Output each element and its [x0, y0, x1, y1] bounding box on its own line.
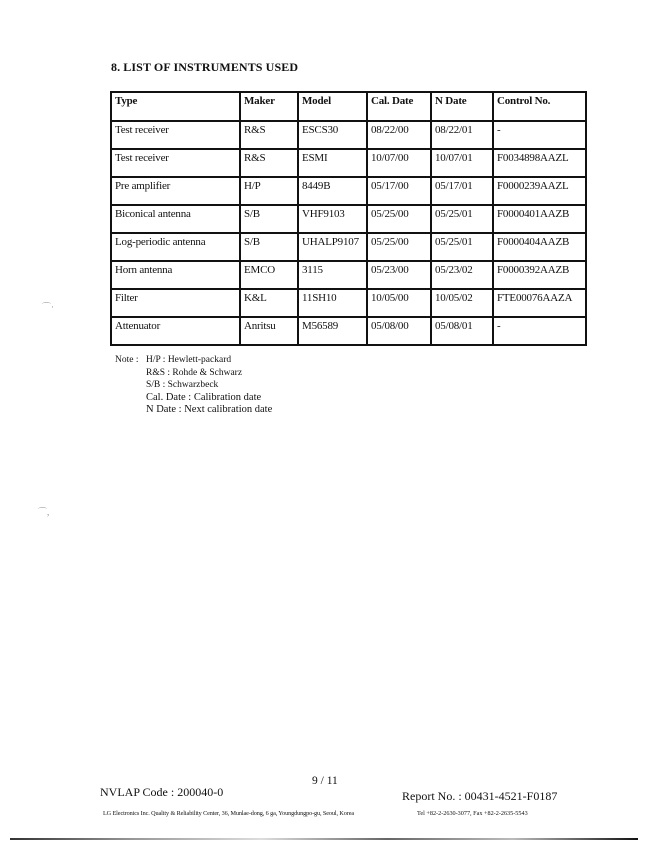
- cell-type: Log-periodic antenna: [111, 233, 240, 261]
- cell-model: ESMI: [298, 149, 367, 177]
- table-row: AttenuatorAnritsuM5658905/08/0005/08/01-: [111, 317, 586, 345]
- cell-type: Attenuator: [111, 317, 240, 345]
- cell-n-date: 10/07/01: [431, 149, 493, 177]
- cell-control-no: FTE00076AAZA: [493, 289, 586, 317]
- cell-model: 3115: [298, 261, 367, 289]
- cell-maker: Anritsu: [240, 317, 298, 345]
- cell-control-no: F0000404AAZB: [493, 233, 586, 261]
- table-body: Test receiverR&SESCS3008/22/0008/22/01-T…: [111, 121, 586, 345]
- cell-n-date: 05/23/02: [431, 261, 493, 289]
- note-item: N Date : Next calibration date: [146, 404, 272, 417]
- header-type: Type: [111, 92, 240, 121]
- cell-n-date: 10/05/02: [431, 289, 493, 317]
- header-cal-date: Cal. Date: [367, 92, 431, 121]
- cell-cal-date: 10/07/00: [367, 149, 431, 177]
- nvlap-code: NVLAP Code : 200040-0: [100, 785, 223, 800]
- cell-cal-date: 08/22/00: [367, 121, 431, 149]
- cell-type: Test receiver: [111, 149, 240, 177]
- cell-n-date: 05/17/01: [431, 177, 493, 205]
- cell-n-date: 08/22/01: [431, 121, 493, 149]
- cell-n-date: 05/25/01: [431, 233, 493, 261]
- report-number: Report No. : 00431-4521-F0187: [402, 789, 557, 804]
- header-control-no: Control No.: [493, 92, 586, 121]
- cell-maker: R&S: [240, 149, 298, 177]
- cell-control-no: -: [493, 317, 586, 345]
- table-row: Test receiverR&SESCS3008/22/0008/22/01-: [111, 121, 586, 149]
- cell-cal-date: 05/17/00: [367, 177, 431, 205]
- section-heading: 8. LIST OF INSTRUMENTS USED: [111, 60, 298, 75]
- cell-type: Filter: [111, 289, 240, 317]
- scan-artifact-mark: ⌒·: [42, 300, 54, 313]
- footer-contact: Tel +82-2-2630-3077, Fax +82-2-2635-5543: [417, 810, 528, 817]
- cell-control-no: F0034898AAZL: [493, 149, 586, 177]
- cell-cal-date: 05/25/00: [367, 233, 431, 261]
- cell-model: 8449B: [298, 177, 367, 205]
- cell-control-no: -: [493, 121, 586, 149]
- notes-label: Note :: [115, 354, 146, 367]
- header-maker: Maker: [240, 92, 298, 121]
- note-item: Cal. Date : Calibration date: [146, 392, 261, 405]
- cell-maker: K&L: [240, 289, 298, 317]
- cell-maker: EMCO: [240, 261, 298, 289]
- scan-artifact-mark: ⌒,: [38, 505, 49, 518]
- cell-model: VHF9103: [298, 205, 367, 233]
- footer-address: LG Electronics Inc. Quality & Reliabilit…: [103, 810, 354, 817]
- table-row: FilterK&L11SH1010/05/0010/05/02FTE00076A…: [111, 289, 586, 317]
- cell-model: ESCS30: [298, 121, 367, 149]
- page-number: 9 / 11: [312, 775, 338, 787]
- cell-type: Biconical antenna: [111, 205, 240, 233]
- cell-maker: S/B: [240, 233, 298, 261]
- cell-maker: S/B: [240, 205, 298, 233]
- cell-model: 11SH10: [298, 289, 367, 317]
- instruments-table: Type Maker Model Cal. Date N Date Contro…: [110, 91, 587, 346]
- header-n-date: N Date: [431, 92, 493, 121]
- footer-divider: [10, 838, 638, 840]
- cell-type: Horn antenna: [111, 261, 240, 289]
- cell-control-no: F0000401AAZB: [493, 205, 586, 233]
- cell-cal-date: 05/23/00: [367, 261, 431, 289]
- cell-maker: R&S: [240, 121, 298, 149]
- table-row: Log-periodic antennaS/BUHALP910705/25/00…: [111, 233, 586, 261]
- cell-n-date: 05/08/01: [431, 317, 493, 345]
- cell-model: UHALP9107: [298, 233, 367, 261]
- note-item: R&S : Rohde & Schwarz: [146, 367, 242, 380]
- cell-maker: H/P: [240, 177, 298, 205]
- table-header-row: Type Maker Model Cal. Date N Date Contro…: [111, 92, 586, 121]
- note-item: H/P : Hewlett-packard: [146, 354, 231, 367]
- header-model: Model: [298, 92, 367, 121]
- cell-control-no: F0000392AAZB: [493, 261, 586, 289]
- table-row: Test receiverR&SESMI10/07/0010/07/01F003…: [111, 149, 586, 177]
- cell-type: Pre amplifier: [111, 177, 240, 205]
- table-row: Biconical antennaS/BVHF910305/25/0005/25…: [111, 205, 586, 233]
- cell-control-no: F0000239AAZL: [493, 177, 586, 205]
- cell-cal-date: 05/08/00: [367, 317, 431, 345]
- cell-cal-date: 10/05/00: [367, 289, 431, 317]
- table-row: Horn antennaEMCO311505/23/0005/23/02F000…: [111, 261, 586, 289]
- cell-cal-date: 05/25/00: [367, 205, 431, 233]
- table-row: Pre amplifierH/P8449B05/17/0005/17/01F00…: [111, 177, 586, 205]
- cell-n-date: 05/25/01: [431, 205, 493, 233]
- cell-model: M56589: [298, 317, 367, 345]
- notes: Note :H/P : Hewlett-packard R&S : Rohde …: [115, 354, 272, 417]
- cell-type: Test receiver: [111, 121, 240, 149]
- note-item: S/B : Schwarzbeck: [146, 379, 218, 392]
